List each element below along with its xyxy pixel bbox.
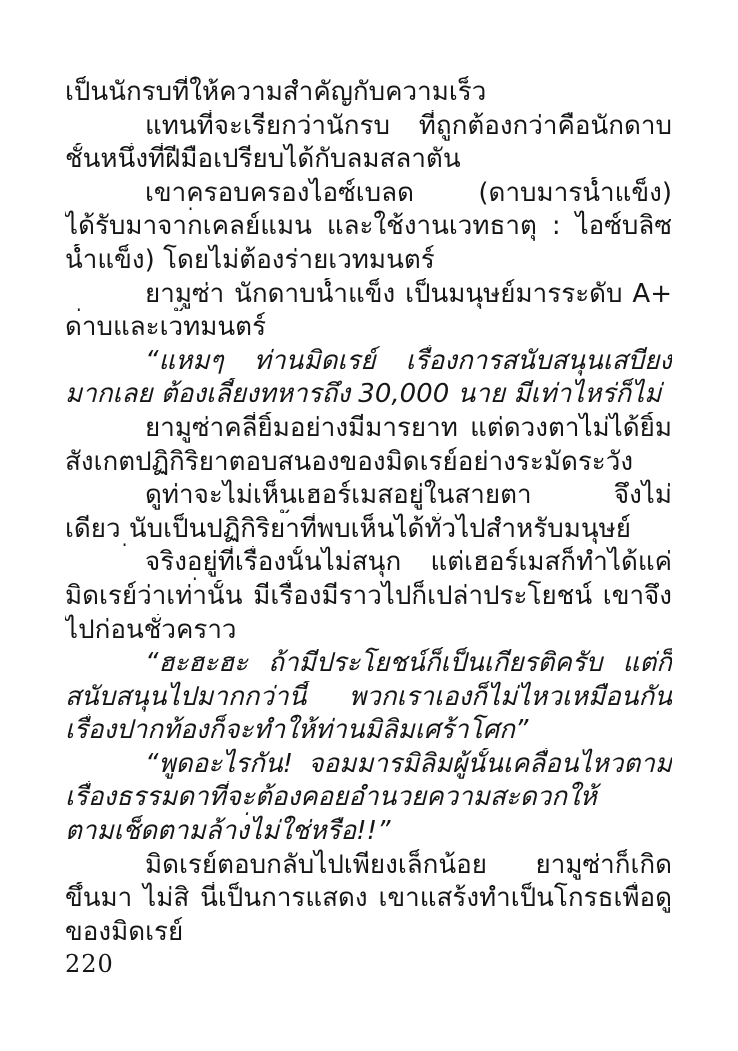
body-text: เป็นนักรบที่ให้ความสำคัญกับความเร็วแทนที… [65, 76, 672, 949]
text-line: มิดเรย์ว่าเท่านั้น มีเรื่องมีราวไปก็เปล่… [65, 580, 672, 614]
text-line: เรื่องธรรมดาที่จะต้องคอยอำนวยความสะดวกให… [65, 781, 672, 815]
text-line: จริงอยู่ที่เรื่องนั้นไม่สนุก แต่เฮอร์เมส… [65, 546, 672, 580]
text-line: เดียว นับเป็นปฏิกิริยาที่พบเห็นได้ทั่วไป… [65, 513, 672, 547]
book-page: เป็นนักรบที่ให้ความสำคัญกับความเร็วแทนที… [0, 0, 738, 1051]
text-line: สนับสนุนไปมากกว่านี้ พวกเราเองก็ไม่ไหวเห… [65, 681, 672, 715]
text-line: เรื่องปากท้องก็จะทำให้ท่านมิลิมเศร้าโศก” [65, 714, 672, 748]
text-line: เป็นนักรบที่ให้ความสำคัญกับความเร็ว [65, 76, 672, 110]
page-number: 220 [65, 950, 114, 978]
text-line: ดาบและเวทมนตร์ [65, 311, 672, 345]
text-line: มิดเรย์ตอบกลับไปเพียงเล็กน้อย ยามูซ่าก็เ… [65, 849, 672, 883]
text-line: น้ำแข็ง) โดยไม่ต้องร่ายเวทมนตร์ [65, 244, 672, 278]
text-line: ชั้นหนึ่งที่ฝีมือเปรียบได้กับลมสลาตัน [65, 143, 672, 177]
text-line: ตามเช็ดตามล้างไม่ใช่หรือ!!” [65, 815, 672, 849]
text-line: แทนที่จะเรียกว่านักรบ ที่ถูกต้องกว่าคือน… [65, 110, 672, 144]
text-line: มากเลย ต้องเลี้ยงทหารถึง 30,000 นาย มีเท… [65, 378, 672, 412]
text-line: “ฮะฮะฮะ ถ้ามีประโยชน์ก็เป็นเกียรติครับ แ… [65, 647, 672, 681]
text-line: ยามูซ่าคลี่ยิ้มอย่างมีมารยาท แต่ดวงตาไม่… [65, 412, 672, 446]
text-line: ของมิดเรย์ [65, 916, 672, 950]
text-line: ได้รับมาจากเคลย์แมน และใช้งานเวทธาตุ : ไ… [65, 210, 672, 244]
text-line: ดูท่าจะไม่เห็นเฮอร์เมสอยู่ในสายตา จึงไม่… [65, 479, 672, 513]
text-line: ไปก่อนชั่วคราว [65, 614, 672, 648]
text-line: ขึ้นมา ไม่สิ นี่เป็นการแสดง เขาแสร้งทำเป… [65, 882, 672, 916]
text-line: สังเกตปฏิกิริยาตอบสนองของมิดเรย์อย่างระม… [65, 446, 672, 480]
text-line: “แหมๆ ท่านมิดเรย์ เรื่องการสนับสนุนเสบีย… [65, 345, 672, 379]
text-line: เขาครอบครองไอซ์เบลด (ดาบมารน้ำแข็ง) ระดั… [65, 177, 672, 211]
text-line: “พูดอะไรกัน! จอมมารมิลิมผู้นั้นเคลื่อนไห… [65, 748, 672, 782]
text-line: ยามูซ่า นักดาบน้ำแข็ง เป็นมนุษย์มารระดับ… [65, 278, 672, 312]
